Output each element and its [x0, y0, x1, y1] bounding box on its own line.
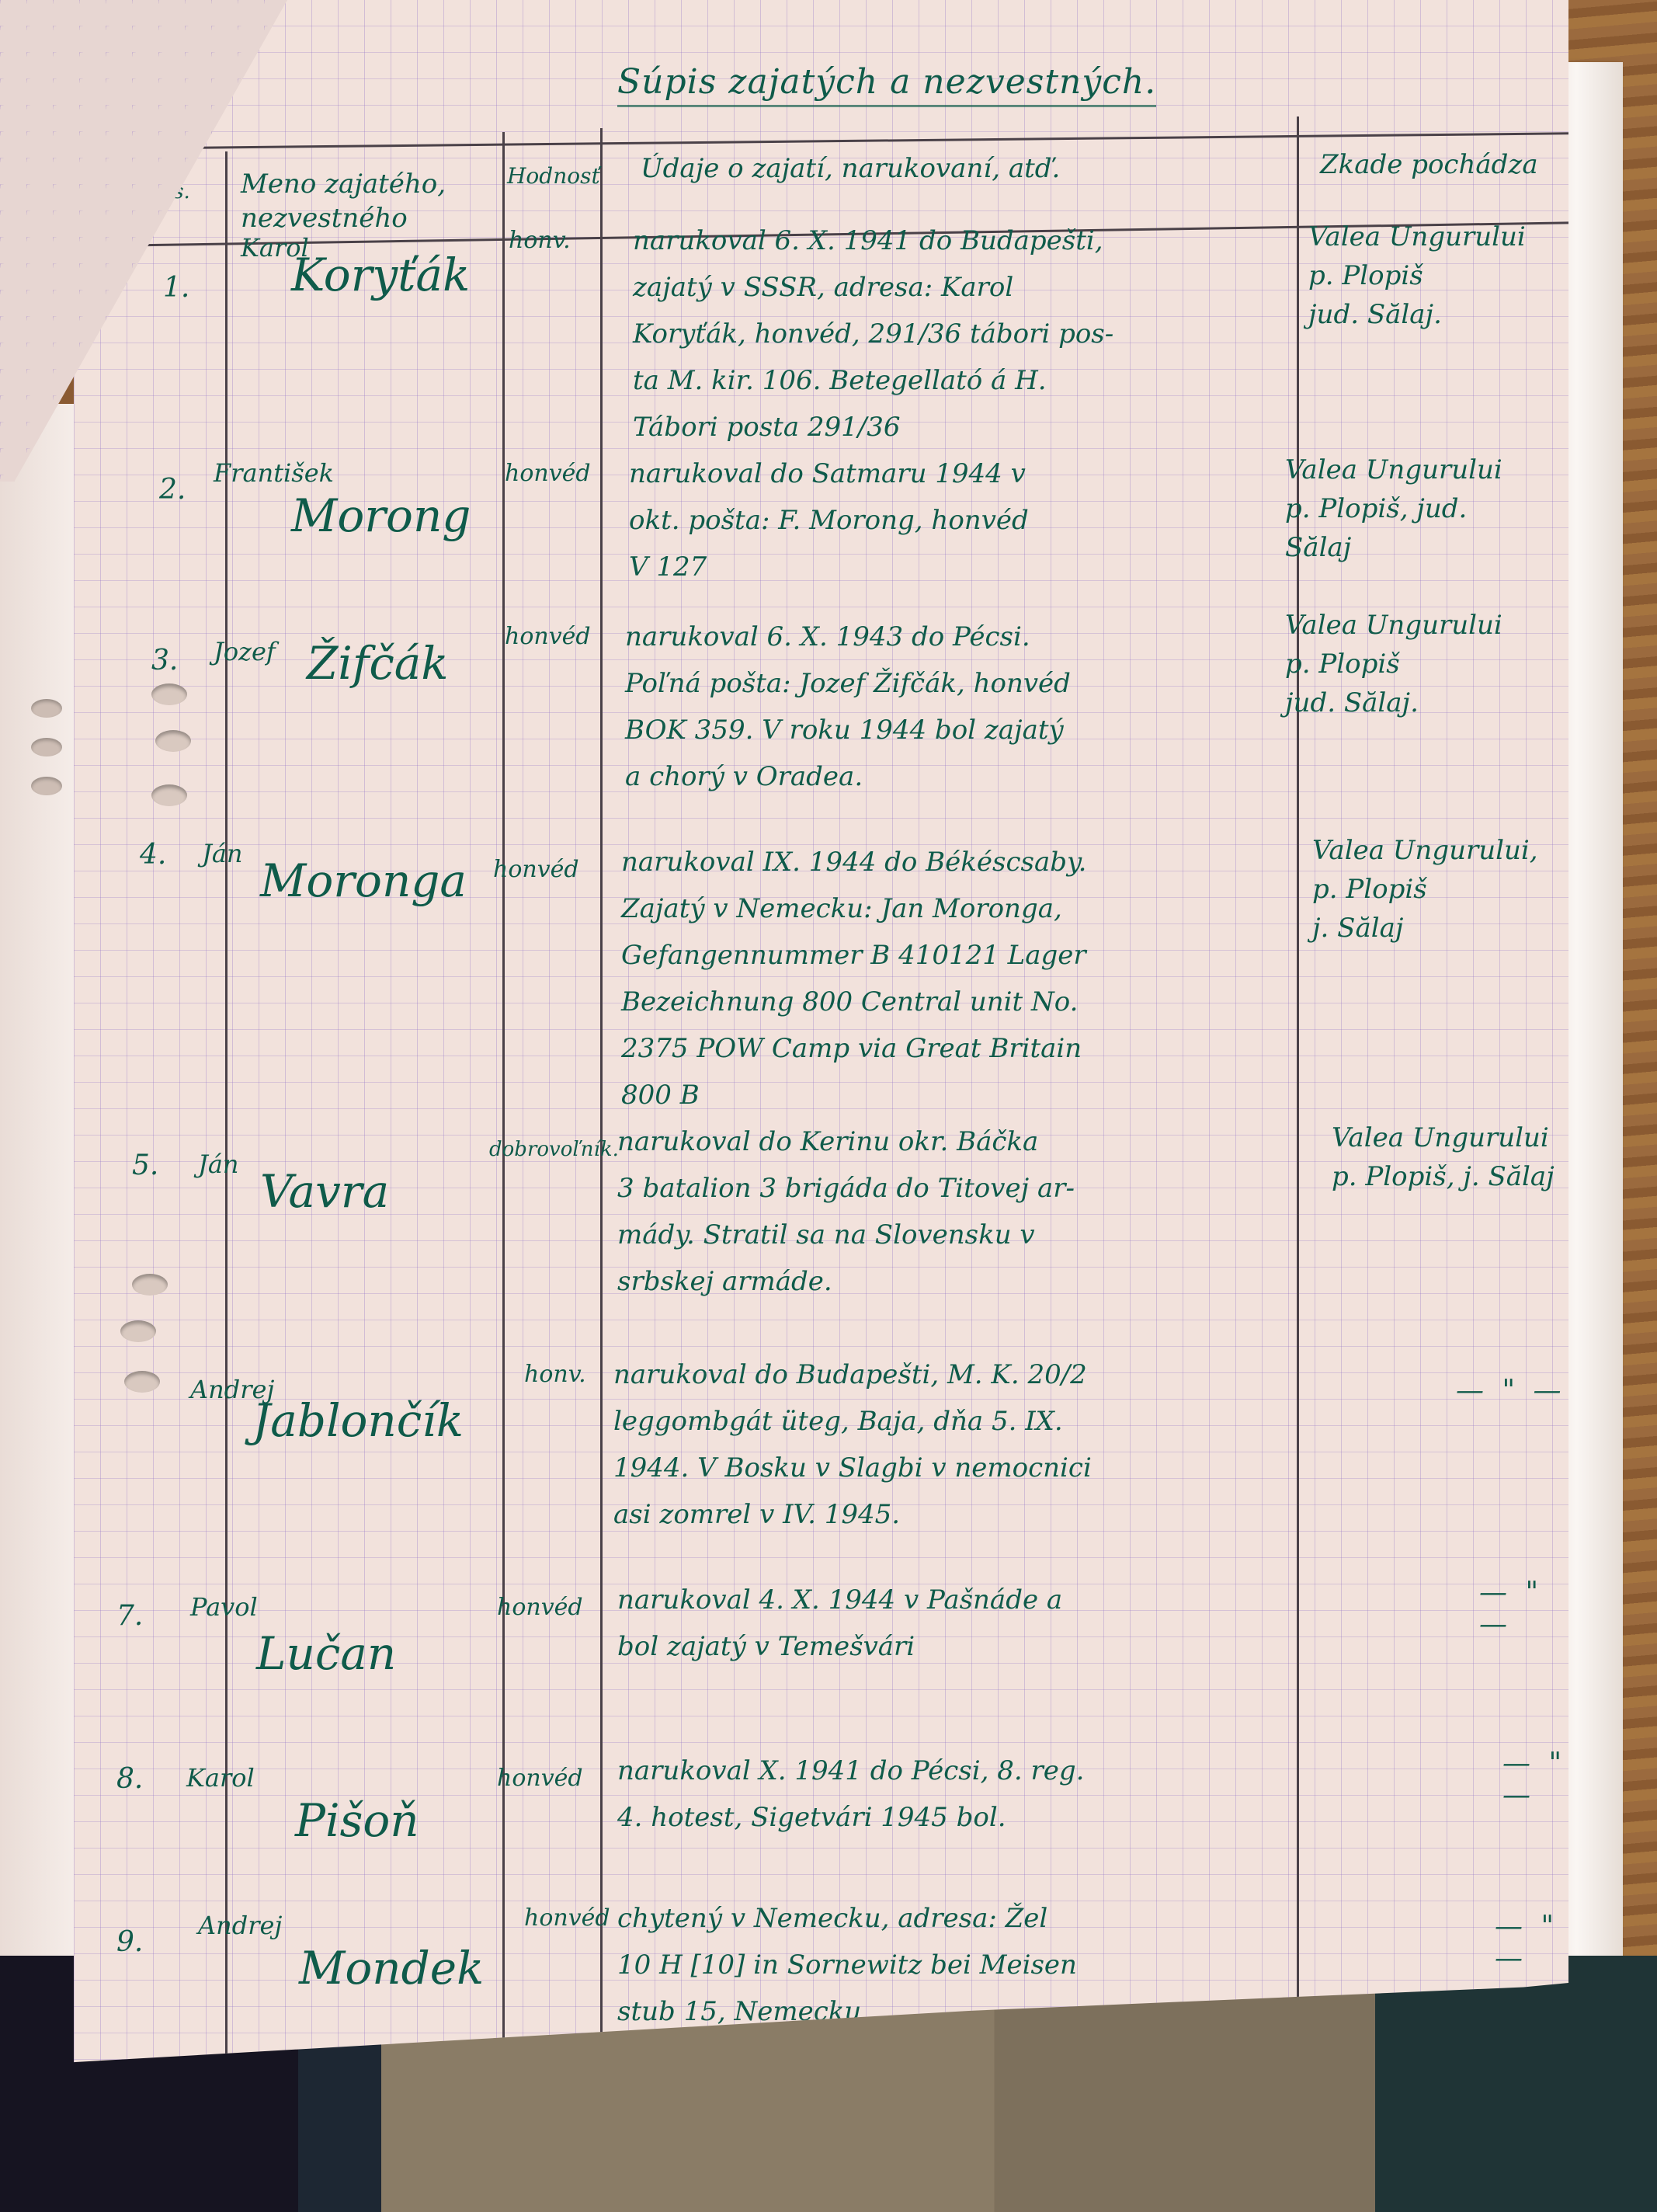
row-number: 2.: [159, 474, 186, 506]
rank: honvéd: [497, 1763, 606, 1794]
header-name: Meno zajatého, nezvestného: [241, 167, 497, 235]
rank: honvéd: [497, 1592, 606, 1623]
row-number: 9.: [116, 1926, 143, 1958]
punch-hole: [31, 738, 62, 756]
header-details: Údaje o zajatí, narukovaní, atď.: [641, 151, 1060, 186]
last-name: Koryťák: [291, 249, 470, 301]
punch-hole: [124, 1371, 160, 1393]
details: narukoval 6. X. 1941 do Budapešti,zajatý…: [633, 217, 1316, 450]
last-name: Žifčák: [307, 637, 449, 690]
column-divider: [502, 132, 505, 2128]
ledger-page: Súpis zajatých a nezvestných. Čís. Meno …: [74, 0, 1568, 2144]
rank: honvéd: [505, 458, 613, 489]
column-divider: [225, 151, 228, 2116]
row-number: 7.: [116, 1600, 143, 1632]
last-name: Jablončík: [252, 1394, 464, 1447]
punch-hole: [151, 784, 187, 806]
ditto-mark: — " —: [1495, 1911, 1568, 1974]
header-origin: Zkade pochádza: [1320, 148, 1538, 182]
origin: Valea Unguruluip. Plopiš, jud. Sălaj: [1285, 450, 1541, 567]
punch-hole: [31, 699, 62, 718]
punch-hole: [151, 683, 187, 705]
last-name: Moronga: [260, 854, 467, 907]
first-name: Jozef: [214, 637, 276, 666]
first-name: Andrej: [198, 1911, 282, 1940]
row-number: 5.: [132, 1149, 158, 1181]
row-number: 3.: [151, 645, 178, 676]
rank: honvéd: [505, 621, 613, 652]
origin: Valea Unguruluip. Plopišjud. Sălaj.: [1308, 217, 1565, 334]
last-name: Mondek: [299, 1942, 484, 1995]
header-rank: Hodnosť: [507, 159, 600, 193]
first-name: Pavol: [190, 1592, 258, 1622]
origin: Valea Unguruluip. Plopiš, j. Sălaj: [1332, 1118, 1588, 1196]
first-name: František: [214, 458, 334, 488]
last-name: Pišoň: [295, 1794, 419, 1847]
row-number: 8.: [116, 1763, 143, 1795]
details: narukoval do Budapešti, M. K. 20/2leggom…: [613, 1351, 1297, 1538]
ditto-mark: — " —: [1456, 1375, 1565, 1407]
last-name: Vavra: [260, 1165, 389, 1218]
details: narukoval do Kerinu okr. Báčka3 batalion…: [617, 1118, 1301, 1305]
rank: dobrovoľník.: [489, 1134, 598, 1165]
rank: honvéd: [493, 854, 602, 885]
details: narukoval IX. 1944 do Békéscsaby.Zajatý …: [621, 839, 1304, 1118]
rank: honvéd: [524, 1903, 633, 1934]
origin: Valea Ungurului,p. Plopišj. Sălaj: [1312, 831, 1568, 948]
punch-hole: [120, 1320, 156, 1342]
details: narukoval X. 1941 do Pécsi, 8. reg.4. ho…: [617, 1748, 1301, 1841]
row-number: 4.: [140, 839, 166, 871]
punch-hole: [155, 730, 191, 752]
details: narukoval do Satmaru 1944 vokt. pošta: F…: [629, 450, 1312, 590]
page-title: Súpis zajatých a nezvestných.: [617, 62, 1156, 107]
last-name: Morong: [291, 489, 471, 542]
details: narukoval 6. X. 1943 do Pécsi.Poľná pošt…: [625, 614, 1308, 800]
punch-hole: [31, 777, 62, 795]
row-number: 1.: [163, 272, 189, 304]
first-name: Karol: [186, 1763, 255, 1793]
ditto-mark: — " —: [1479, 1577, 1568, 1640]
last-name: Lučan: [256, 1627, 396, 1680]
punch-hole: [132, 1274, 168, 1296]
origin: Valea Unguruluip. Plopišjud. Sălaj.: [1285, 606, 1541, 722]
ditto-mark: — " —: [1502, 1748, 1568, 1811]
details: narukoval 4. X. 1944 v Pašnáde abol zaja…: [617, 1577, 1301, 1670]
first-name: Ján: [198, 1149, 239, 1179]
first-name: Ján: [202, 839, 243, 868]
rank: honv.: [509, 225, 617, 256]
column-divider: [600, 128, 603, 2140]
